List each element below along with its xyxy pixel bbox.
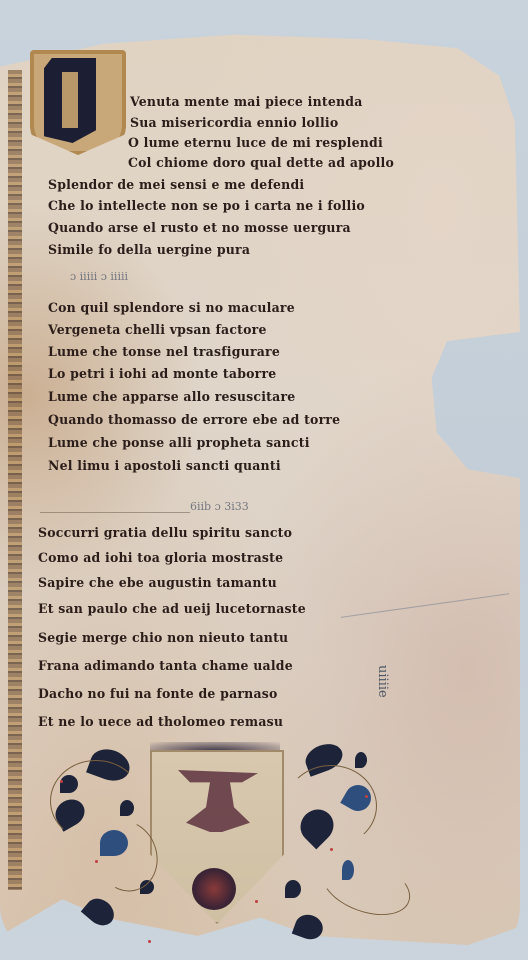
verse-line: Lume che apparse allo resuscitare <box>48 389 295 405</box>
illuminated-initial-gold-inlay <box>62 72 78 128</box>
verse-line: Et ne lo uece ad tholomeo remasu <box>38 714 283 730</box>
ornament-dot <box>255 900 258 903</box>
verse-line: Col chiome doro qual dette ad apollo <box>128 155 394 171</box>
verse-line: Venuta mente mai piece intenda <box>130 94 363 110</box>
verse-line: Vergeneta chelli vpsan factore <box>48 322 267 338</box>
foliage-leaf <box>285 880 301 898</box>
decorative-left-border <box>8 70 22 890</box>
verse-line: Frana adimando tanta chame ualde <box>38 658 293 674</box>
ruled-flourish <box>40 512 190 513</box>
verse-line: Lume che ponse alli propheta sancti <box>48 435 310 451</box>
foliage-vine <box>285 765 377 847</box>
verse-line: Con quil splendore si no maculare <box>48 300 295 316</box>
verse-line: Quando arse el rusto et no mosse uergura <box>48 220 351 236</box>
verse-line: Simile fo della uergine pura <box>48 242 250 258</box>
verse-line: Quando thomasso de errore ebe ad torre <box>48 412 340 428</box>
verse-line: Sua misericordia ennio lollio <box>130 115 338 131</box>
verse-line: Che lo intellecte non se po i carta ne i… <box>48 198 365 214</box>
verse-line: Sapire che ebe augustin tamantu <box>38 575 277 591</box>
marginal-note: 6iib ɔ 3i33 <box>190 500 249 513</box>
foliage-leaf <box>355 752 367 768</box>
verse-line: Como ad iohi toa gloria mostraste <box>38 550 283 566</box>
verse-line: Lo petri i iohi ad monte taborre <box>48 366 276 382</box>
ornament-dot <box>148 940 151 943</box>
ornament-dot <box>95 860 98 863</box>
verse-line: Splendor de mei sensi e me defendi <box>48 177 304 193</box>
verse-line: Dacho no fui na fonte de parnaso <box>38 686 278 702</box>
marginal-note: ɔ iiiii ɔ iiiii <box>70 270 128 283</box>
marginal-note-vertical: uiiiie <box>375 665 390 698</box>
verse-line: Segie merge chio non nieuto tantu <box>38 630 288 646</box>
ornament-dot <box>330 848 333 851</box>
ornament-dot <box>60 780 63 783</box>
verse-line: Soccurri gratia dellu spiritu sancto <box>38 525 292 541</box>
verse-line: Lume che tonse nel trasfigurare <box>48 344 280 360</box>
shield-charge-rose <box>192 868 236 910</box>
verse-line: Et san paulo che ad ueij lucetornaste <box>38 601 306 617</box>
verse-line: O lume eternu luce de mi resplendi <box>128 135 383 151</box>
ornament-dot <box>365 795 368 798</box>
verse-line: Nel limu i apostoli sancti quanti <box>48 458 281 474</box>
